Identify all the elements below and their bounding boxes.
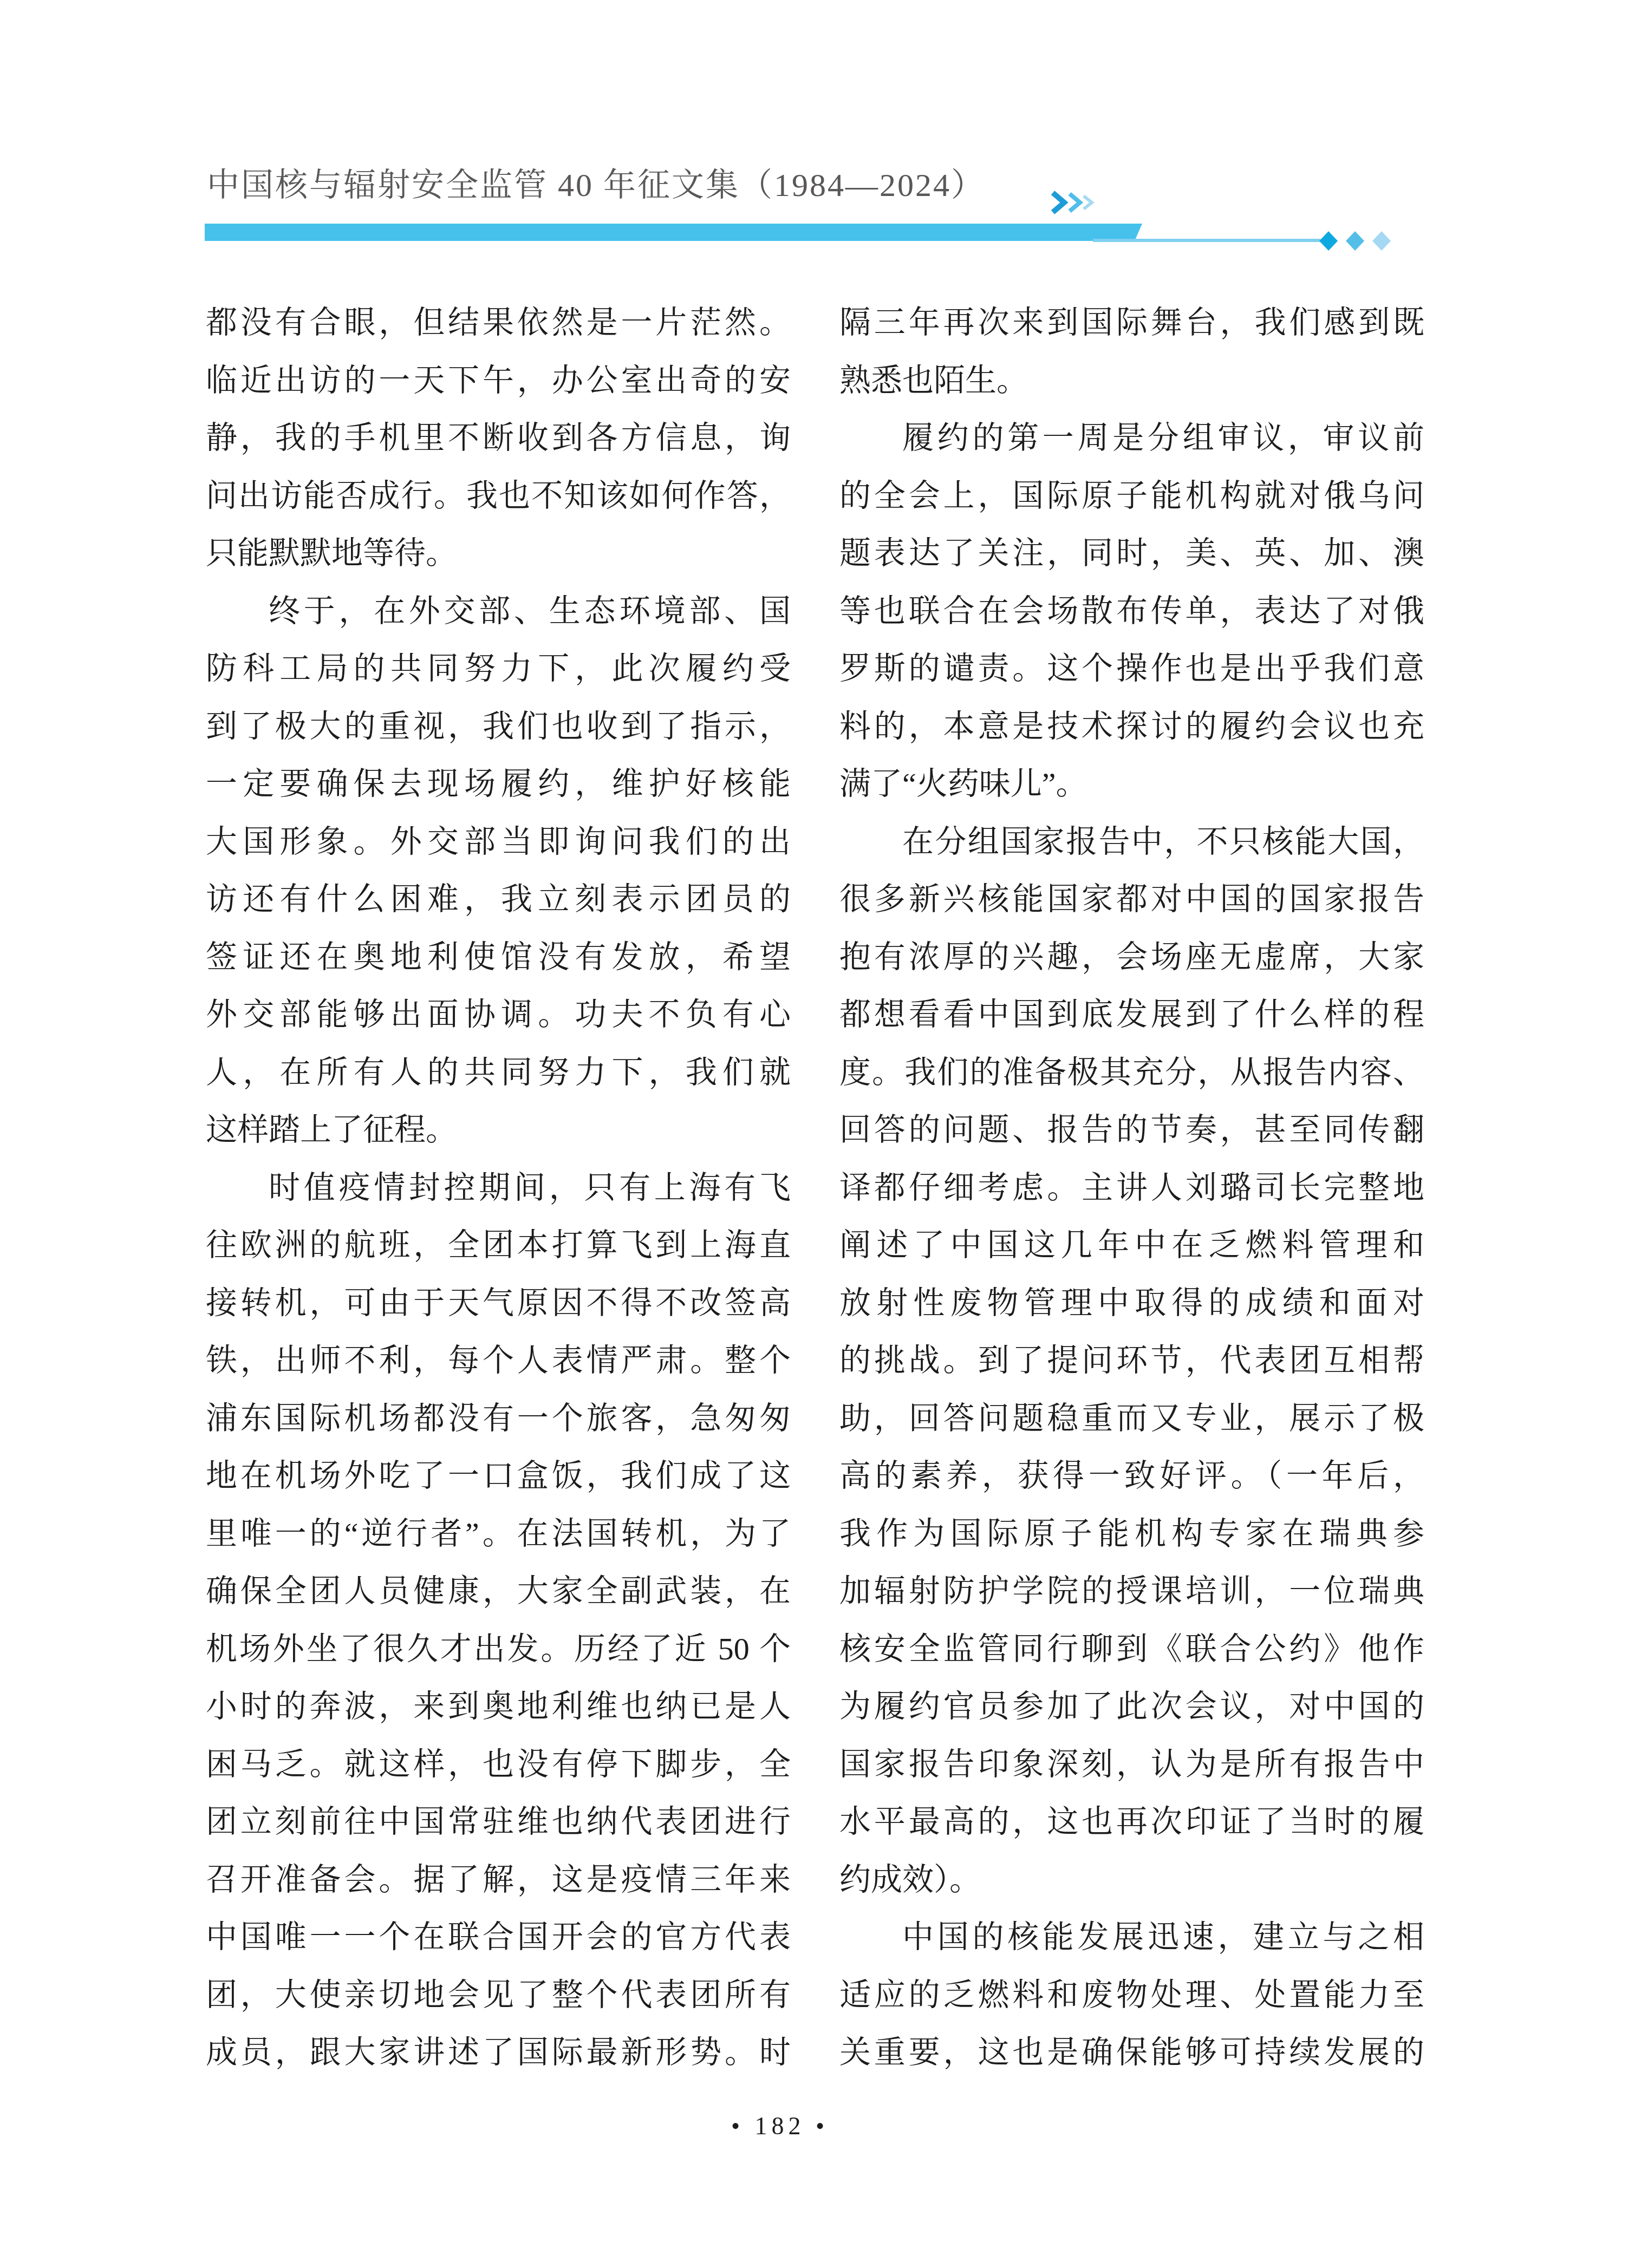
- text-line: 抱有浓厚的兴趣，会场座无虚席，大家: [839, 929, 1424, 986]
- chevron-dark: [1053, 193, 1064, 212]
- page-number: • 182 •: [179, 2112, 1381, 2140]
- text-line: 译都仔细考虑。主讲人刘璐司长完整地: [839, 1159, 1424, 1217]
- text-line: 很多新兴核能国家都对中国的国家报告: [839, 871, 1424, 929]
- article-body: 都没有合眼，但结果依然是一片茫然。临近出访的一天下午，办公室出奇的安静，我的手机…: [206, 294, 1424, 2082]
- chevron-light: [1084, 196, 1092, 209]
- text-line: 时值疫情封控期间，只有上海有飞: [206, 1159, 791, 1217]
- left-column: 都没有合眼，但结果依然是一片茫然。临近出访的一天下午，办公室出奇的安静，我的手机…: [206, 294, 791, 2082]
- text-line: 助，回答问题稳重而又专业，展示了极: [839, 1390, 1424, 1448]
- text-line: 困马乏。就这样，也没有停下脚步，全: [206, 1736, 791, 1794]
- text-line: 高的素养，获得一致好评。（一年后，: [839, 1447, 1424, 1505]
- text-line: 铁，出师不利，每个人表情严肃。整个: [206, 1332, 791, 1390]
- text-line: 签证还在奥地利使馆没有发放，希望: [206, 929, 791, 986]
- text-line: 人，在所有人的共同努力下，我们就: [206, 1044, 791, 1102]
- text-line: 外交部能够出面协调。功夫不负有心: [206, 986, 791, 1044]
- text-line: 大国形象。外交部当即询问我们的出: [206, 813, 791, 871]
- text-line: 题表达了关注，同时，美、英、加、澳: [839, 525, 1424, 583]
- text-line: 静，我的手机里不断收到各方信息，询: [206, 409, 791, 467]
- diamond-light-icon: [1372, 231, 1391, 251]
- text-line: 等也联合在会场散布传单，表达了对俄: [839, 583, 1424, 640]
- text-line: 小时的奔波，来到奥地利维也纳已是人: [206, 1678, 791, 1736]
- text-line: 的挑战。到了提问环节，代表团互相帮: [839, 1332, 1424, 1390]
- text-line: 浦东国际机场都没有一个旅客，急匆匆: [206, 1390, 791, 1448]
- text-line: 罗斯的谴责。这个操作也是出乎我们意: [839, 640, 1424, 698]
- header-accent-bar: [205, 224, 1142, 241]
- text-line: 在分组国家报告中，不只核能大国，: [839, 813, 1424, 871]
- text-line: 中国的核能发展迅速，建立与之相: [839, 1908, 1424, 1966]
- text-line: 机场外坐了很久才出发。历经了近 50 个: [206, 1620, 791, 1678]
- text-line: 召开准备会。据了解，这是疫情三年来: [206, 1851, 791, 1909]
- text-line: 满了“火药味儿”。: [839, 755, 1424, 813]
- text-line: 到了极大的重视，我们也收到了指示，: [206, 698, 791, 756]
- text-line: 约成效）。: [839, 1851, 1424, 1909]
- text-line: 加辐射防护学院的授课培训，一位瑞典: [839, 1563, 1424, 1620]
- diamond-dark-icon: [1319, 231, 1338, 251]
- text-line: 料的，本意是技术探讨的履约会议也充: [839, 698, 1424, 756]
- diamond-ornament-icon: [1319, 231, 1392, 251]
- text-line: 适应的乏燃料和废物处理、处置能力至: [839, 1966, 1424, 2024]
- text-line: 里唯一的“逆行者”。在法国转机，为了: [206, 1505, 791, 1563]
- text-line: 阐述了中国这几年中在乏燃料管理和: [839, 1217, 1424, 1274]
- text-line: 履约的第一周是分组审议，审议前: [839, 409, 1424, 467]
- text-line: 临近出访的一天下午，办公室出奇的安: [206, 352, 791, 410]
- running-head-title: 中国核与辐射安全监管 40 年征文集（1984—2024）: [207, 161, 985, 209]
- text-line: 回答的问题、报告的节奏，甚至同传翻: [839, 1101, 1424, 1159]
- text-line: 我作为国际原子能机构专家在瑞典参: [839, 1505, 1424, 1563]
- text-line: 都没有合眼，但结果依然是一片茫然。: [206, 294, 791, 352]
- text-line: 核安全监管同行聊到《联合公约》他作: [839, 1620, 1424, 1678]
- text-line: 确保全团人员健康，大家全副武装，在: [206, 1563, 791, 1620]
- text-line: 往欧洲的航班，全团本打算飞到上海直: [206, 1217, 791, 1274]
- text-line: 水平最高的，这也再次印证了当时的履: [839, 1793, 1424, 1851]
- text-line: 度。我们的准备极其充分，从报告内容、: [839, 1044, 1424, 1102]
- text-line: 熟悉也陌生。: [839, 352, 1424, 410]
- triple-chevron-right-icon: [1050, 189, 1095, 215]
- header-accent-rule: [1093, 239, 1320, 242]
- text-line: 隔三年再次来到国际舞台，我们感到既: [839, 294, 1424, 352]
- text-line: 地在机场外吃了一口盒饭，我们成了这: [206, 1447, 791, 1505]
- text-line: 一定要确保去现场履约，维护好核能: [206, 755, 791, 813]
- text-line: 放射性废物管理中取得的成绩和面对: [839, 1274, 1424, 1332]
- chevron-mid: [1070, 194, 1080, 211]
- text-line: 问出访能否成行。我也不知该如何作答，: [206, 467, 791, 525]
- text-line: 接转机，可由于天气原因不得不改签高: [206, 1274, 791, 1332]
- text-line: 防科工局的共同努力下，此次履约受: [206, 640, 791, 698]
- text-line: 终于，在外交部、生态环境部、国: [206, 583, 791, 640]
- text-line: 都想看看中国到底发展到了什么样的程: [839, 986, 1424, 1044]
- document-page: 中国核与辐射安全监管 40 年征文集（1984—2024） 都没有合眼，但结果依…: [0, 0, 1628, 2268]
- right-column: 隔三年再次来到国际舞台，我们感到既熟悉也陌生。履约的第一周是分组审议，审议前的全…: [839, 294, 1424, 2082]
- text-line: 只能默默地等待。: [206, 525, 791, 583]
- text-line: 访还有什么困难，我立刻表示团员的: [206, 871, 791, 929]
- text-line: 团立刻前往中国常驻维也纳代表团进行: [206, 1793, 791, 1851]
- text-line: 关重要，这也是确保能够可持续发展的: [839, 2024, 1424, 2082]
- text-line: 中国唯一一个在联合国开会的官方代表: [206, 1908, 791, 1966]
- text-line: 为履约官员参加了此次会议，对中国的: [839, 1678, 1424, 1736]
- diamond-mid-icon: [1346, 231, 1364, 251]
- text-line: 这样踏上了征程。: [206, 1101, 791, 1159]
- text-line: 成员，跟大家讲述了国际最新形势。时: [206, 2024, 791, 2082]
- text-line: 国家报告印象深刻，认为是所有报告中: [839, 1736, 1424, 1794]
- text-line: 团，大使亲切地会见了整个代表团所有: [206, 1966, 791, 2024]
- text-line: 的全会上，国际原子能机构就对俄乌问: [839, 467, 1424, 525]
